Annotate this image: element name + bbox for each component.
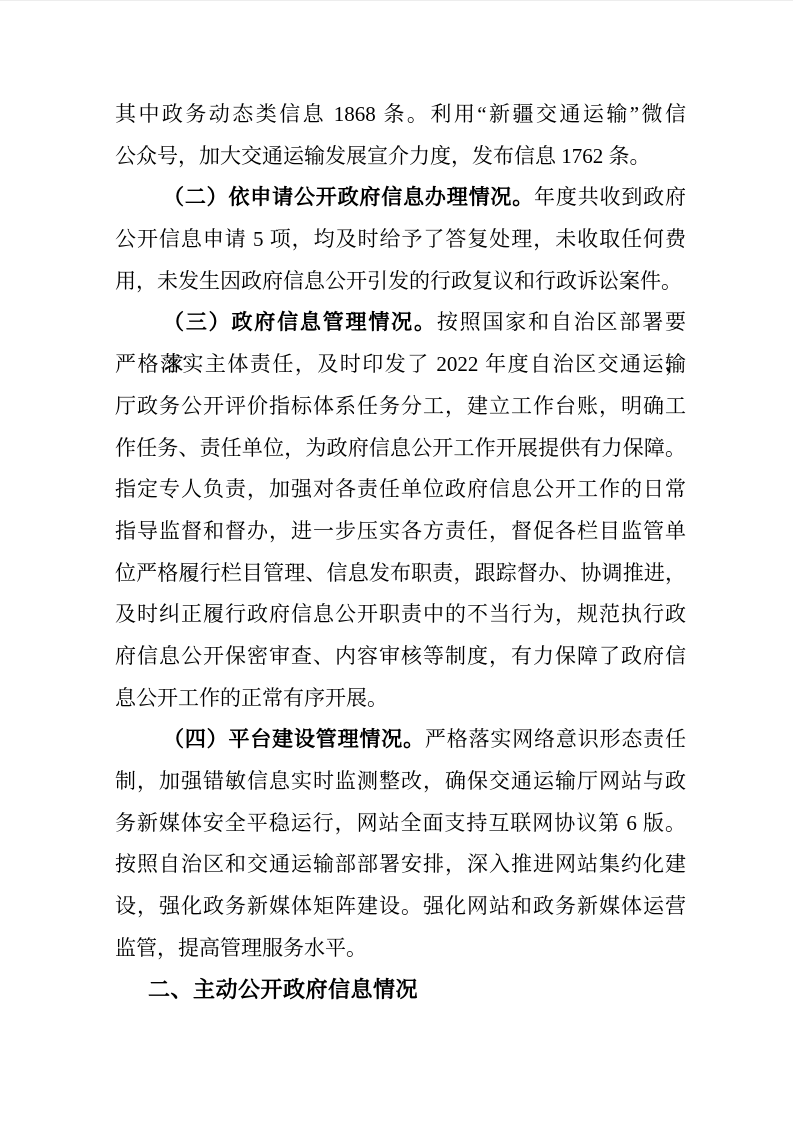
document-page: 其中政务动态类信息 1868 条。利用“新疆交通运输”微信公众号，加大交通运输发… xyxy=(0,0,793,1122)
text-segment: 用，未发生因政府信息公开引发的行政复议和行政诉讼案件。 xyxy=(115,269,682,293)
text-segment: 指导监督和督办，进一步压实各方责任，督促各栏目监管单 xyxy=(115,519,686,543)
bold-text-segment: （四）平台建设管理情况。 xyxy=(163,727,425,751)
text-segment: 厅政务公开评价指标体系任务分工，建立工作台账，明确工 xyxy=(115,394,686,418)
text-line: （三）政府信息管理情况。按照国家和自治区部署要求， xyxy=(115,302,686,344)
text-line: 厅政务公开评价指标体系任务分工，建立工作台账，明确工 xyxy=(115,386,686,428)
text-line: （二）依申请公开政府信息办理情况。年度共收到政府 xyxy=(115,177,686,219)
text-line: 息公开工作的正常有序开展。 xyxy=(115,678,686,720)
text-line: 其中政务动态类信息 1868 条。利用“新疆交通运输”微信 xyxy=(115,94,686,136)
text-line: 位严格履行栏目管理、信息发布职责，跟踪督办、协调推进， xyxy=(115,553,686,595)
text-segment: 及时纠正履行政府信息公开职责中的不当行为，规范执行政 xyxy=(115,602,686,626)
text-line: 用，未发生因政府信息公开引发的行政复议和行政诉讼案件。 xyxy=(115,261,686,303)
text-segment: 位严格履行栏目管理、信息发布职责，跟踪督办、协调推进， xyxy=(115,561,686,585)
bold-text-segment: 二、主动公开政府信息情况 xyxy=(148,977,418,1002)
text-line: 指定专人负责，加强对各责任单位政府信息公开工作的日常 xyxy=(115,469,686,511)
text-line: 严格落实主体责任，及时印发了 2022 年度自治区交通运输 xyxy=(115,344,686,386)
text-line: 监管，提高管理服务水平。 xyxy=(115,928,686,970)
text-segment: 公开信息申请 5 项，均及时给予了答复处理，未收取任何费 xyxy=(115,227,686,251)
text-line: 指导监督和督办，进一步压实各方责任，督促各栏目监管单 xyxy=(115,511,686,553)
bold-text-segment: （三）政府信息管理情况。 xyxy=(163,310,437,334)
text-line: 及时纠正履行政府信息公开职责中的不当行为，规范执行政 xyxy=(115,594,686,636)
text-segment: 监管，提高管理服务水平。 xyxy=(115,936,367,960)
text-line: 务新媒体安全平稳运行，网站全面支持互联网协议第 6 版。 xyxy=(115,803,686,845)
text-segment: 公众号，加大交通运输发展宣介力度，发布信息 1762 条。 xyxy=(115,144,651,168)
text-line: 公开信息申请 5 项，均及时给予了答复处理，未收取任何费 xyxy=(115,219,686,261)
section-heading: 二、主动公开政府信息情况 xyxy=(115,969,686,1011)
text-segment: 息公开工作的正常有序开展。 xyxy=(115,686,388,710)
text-segment: 设，强化政务新媒体矩阵建设。强化网站和政务新媒体运营 xyxy=(115,894,686,918)
text-line: 公众号，加大交通运输发展宣介力度，发布信息 1762 条。 xyxy=(115,136,686,178)
text-segment: 年度共收到政府 xyxy=(534,185,686,209)
document-text-block: 其中政务动态类信息 1868 条。利用“新疆交通运输”微信公众号，加大交通运输发… xyxy=(115,94,686,1011)
text-segment: 务新媒体安全平稳运行，网站全面支持互联网协议第 6 版。 xyxy=(115,811,686,835)
text-segment: 其中政务动态类信息 1868 条。利用“新疆交通运输”微信 xyxy=(115,102,686,126)
text-segment: 严格落实网络意识形态责任 xyxy=(425,727,686,751)
text-segment: 府信息公开保密审查、内容审核等制度，有力保障了政府信 xyxy=(115,644,686,668)
text-segment: 作任务、责任单位，为政府信息公开工作开展提供有力保障。 xyxy=(115,436,686,460)
text-line: 设，强化政务新媒体矩阵建设。强化网站和政务新媒体运营 xyxy=(115,886,686,928)
text-line: （四）平台建设管理情况。严格落实网络意识形态责任 xyxy=(115,719,686,761)
text-line: 按照自治区和交通运输部部署安排，深入推进网站集约化建 xyxy=(115,844,686,886)
text-segment: 按照自治区和交通运输部部署安排，深入推进网站集约化建 xyxy=(115,852,686,876)
text-line: 府信息公开保密审查、内容审核等制度，有力保障了政府信 xyxy=(115,636,686,678)
text-segment: 严格落实主体责任，及时印发了 2022 年度自治区交通运输 xyxy=(115,352,686,376)
text-line: 制，加强错敏信息实时监测整改，确保交通运输厅网站与政 xyxy=(115,761,686,803)
text-segment: 指定专人负责，加强对各责任单位政府信息公开工作的日常 xyxy=(115,477,686,501)
text-segment: 制，加强错敏信息实时监测整改，确保交通运输厅网站与政 xyxy=(115,769,686,793)
bold-text-segment: （二）依申请公开政府信息办理情况。 xyxy=(163,185,534,209)
text-line: 作任务、责任单位，为政府信息公开工作开展提供有力保障。 xyxy=(115,428,686,470)
